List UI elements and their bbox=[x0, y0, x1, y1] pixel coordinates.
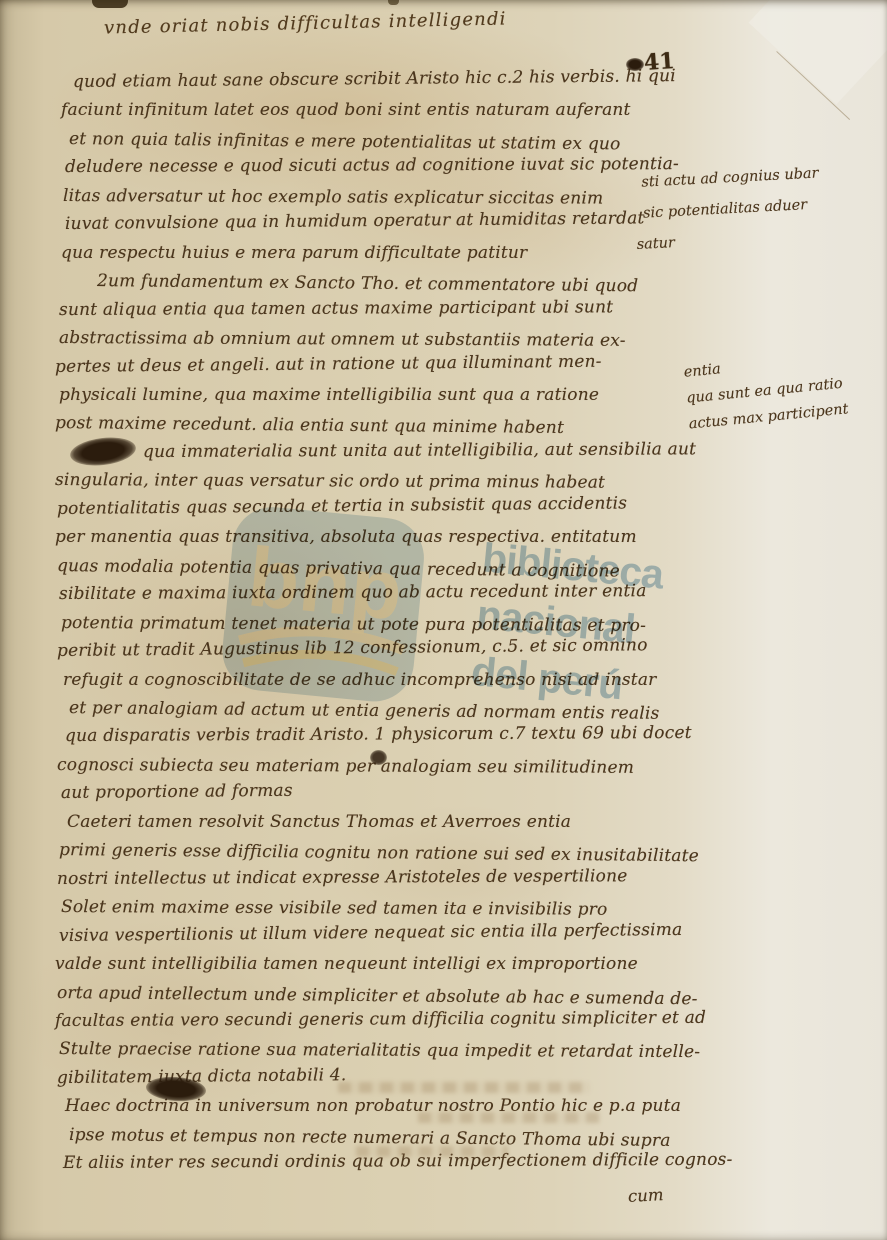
text-line: per manentia quas transitiva, absoluta q… bbox=[55, 523, 755, 551]
corner-fold-crease bbox=[776, 0, 887, 120]
bleedthrough-smudge bbox=[338, 1082, 590, 1093]
text-line: peribit ut tradit Augustinus lib 12 conf… bbox=[57, 630, 755, 665]
text-line: faciunt infinitum latet eos quod boni si… bbox=[61, 96, 755, 124]
manuscript-page: vnde oriat nobis difficultas intelligend… bbox=[0, 0, 887, 1240]
text-line: pertes ut deus et angeli. aut in ratione… bbox=[55, 346, 755, 381]
margin-note-2: entia qua sunt ea qua ratio actus max pa… bbox=[683, 344, 850, 437]
bleedthrough-smudge bbox=[418, 1112, 600, 1123]
text-line: potentialitatis quas secunda et tertia i… bbox=[57, 488, 755, 523]
text-line: aut proportione ad formas bbox=[61, 773, 755, 808]
text-line: refugit a cognoscibilitate de se adhuc i… bbox=[63, 666, 755, 694]
text-line: visiva vespertilionis ut illum videre ne… bbox=[59, 915, 755, 950]
text-line: valde sunt intelligibilia tamen nequeunt… bbox=[55, 950, 755, 978]
text-line: quod etiam haut sane obscure scribit Ari… bbox=[73, 61, 755, 96]
text-line: Caeteri tamen resolvit Sanctus Thomas et… bbox=[67, 808, 755, 836]
margin-note-1: sti actu ad cognius ubar sic potentialit… bbox=[641, 158, 823, 260]
bleedthrough-smudge bbox=[356, 1146, 508, 1157]
text-line: facultas entia vero secundi generis cum … bbox=[55, 1004, 755, 1036]
page-title: vnde oriat nobis difficultas intelligend… bbox=[104, 8, 507, 38]
text-line: sibilitate e maxima iuxta ordinem quo ab… bbox=[59, 577, 755, 609]
text-line: qua immaterialia sunt unita aut intellig… bbox=[143, 435, 755, 466]
text-line: nostri intellectus ut indicat expresse A… bbox=[57, 861, 755, 893]
catchword: cum bbox=[628, 1185, 664, 1206]
ink-blot bbox=[626, 58, 644, 71]
text-line: qua disparatis verbis tradit Aristo. 1 p… bbox=[65, 719, 755, 751]
text-line: physicali lumine, qua maxime intelligibi… bbox=[59, 381, 755, 409]
text-line: sunt aliqua entia qua tamen actus maxime… bbox=[59, 292, 755, 324]
top-edge-mark bbox=[92, 0, 128, 8]
ink-blot bbox=[370, 750, 387, 765]
folded-corner bbox=[749, 0, 887, 104]
top-edge-mark-small bbox=[388, 0, 399, 5]
